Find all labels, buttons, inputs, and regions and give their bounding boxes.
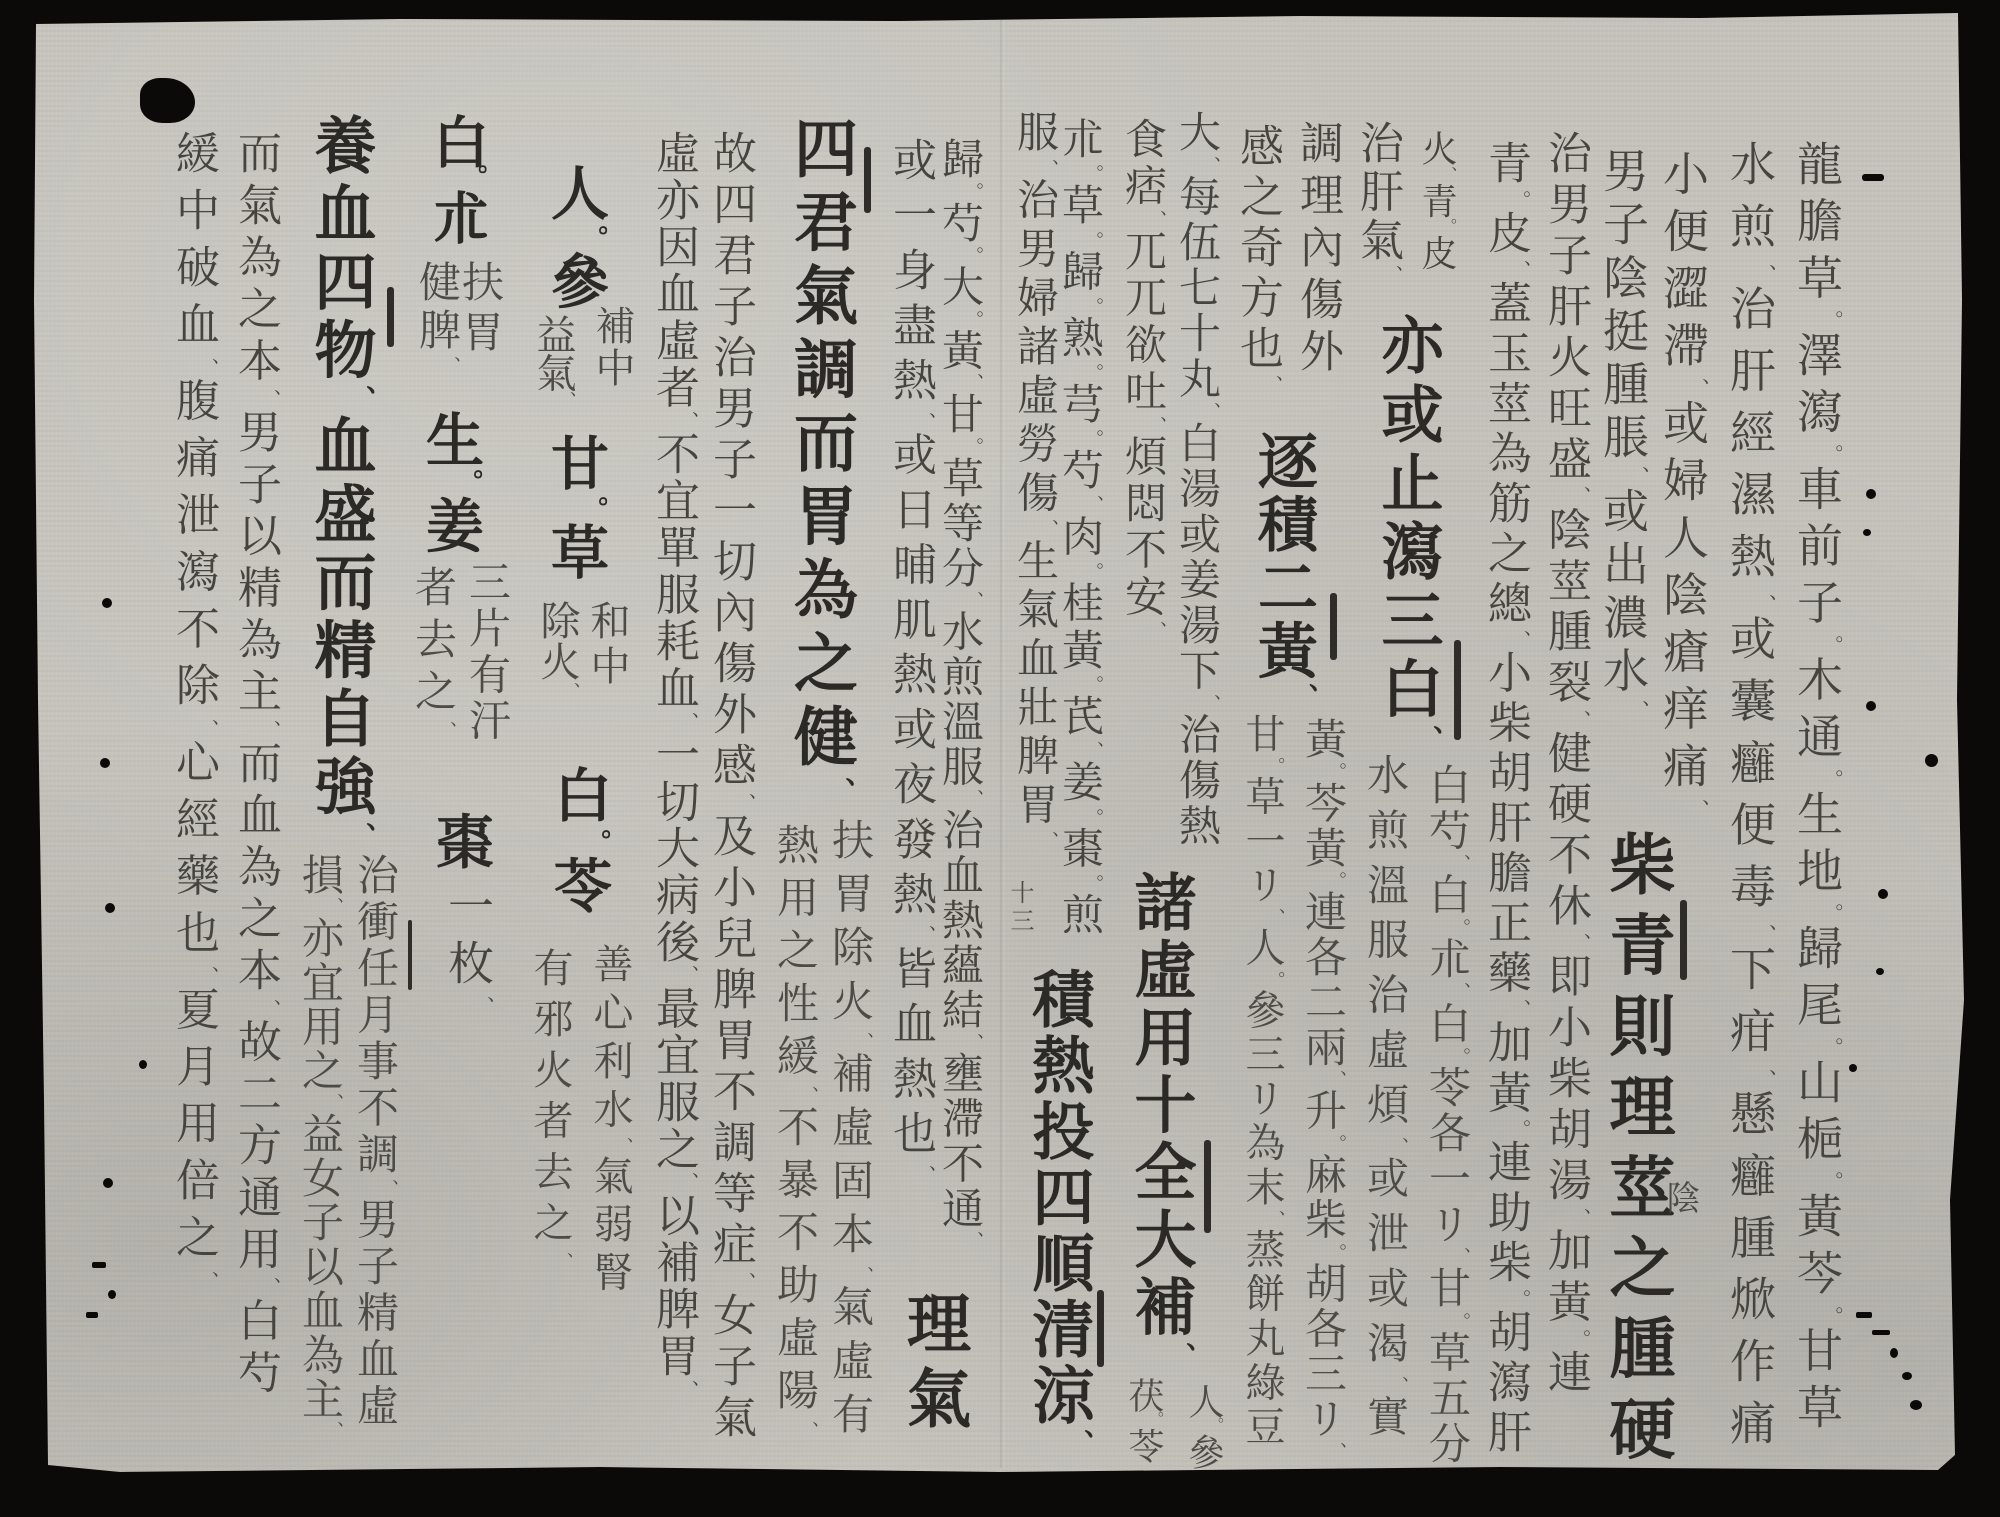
annotation-column: 甘。草一リ、人。參三リ為末、蒸餅丸綠豆 <box>1242 713 1282 1450</box>
punctuation-mark: 、 <box>733 793 756 813</box>
punctuation-mark: 、 <box>344 822 377 850</box>
punctuation-mark: 、 <box>1287 683 1318 710</box>
punch-hole <box>105 903 115 913</box>
formula-heading-column: 養血四物、血盛而精自強、 <box>309 113 371 850</box>
punctuation-mark: 。 <box>1082 874 1104 893</box>
punctuation-mark: 。 <box>1265 757 1286 775</box>
punctuation-mark: 、 <box>553 1252 574 1270</box>
annotation-column: 益氣、 <box>533 314 573 409</box>
punctuation-mark: 、 <box>1387 1137 1409 1156</box>
punch-hole <box>1849 1064 1857 1072</box>
punctuation-mark: 。 <box>1205 1417 1224 1433</box>
punctuation-mark: 、 <box>1164 1342 1197 1370</box>
punch-hole <box>1925 754 1938 767</box>
punctuation-mark: 、 <box>258 389 281 409</box>
punctuation-mark: 、 <box>1325 1442 1347 1461</box>
punctuation-mark: 、 <box>676 411 699 431</box>
emphasis-bar <box>408 920 412 990</box>
text-column: 火、青。皮 <box>1418 130 1454 270</box>
text-column: 調理內傷外 <box>1295 120 1339 380</box>
emphasis-bar <box>1454 640 1461 740</box>
punctuation-mark: 、 <box>1449 1247 1471 1266</box>
punch-hole <box>1876 968 1884 975</box>
text-column: 食痞、兀兀欲吐、煩悶不安、 <box>1122 117 1164 640</box>
annotation-column: 黃。芩黃。連各二兩、升。麻柴。胡各三リ、 <box>1302 717 1344 1460</box>
text-column: 或一身盡熱、或日晡肌熱或夜發熱、皆血熱也、 <box>888 137 932 1185</box>
punctuation-mark: 、 <box>676 712 699 732</box>
punctuation-mark: 、 <box>676 965 699 985</box>
punch-hole <box>100 758 110 768</box>
punctuation-mark: 。 <box>1819 635 1843 656</box>
annotation-column: 者去之、 <box>412 565 454 740</box>
punctuation-mark: 、 <box>1568 486 1591 506</box>
punctuation-mark: 、 <box>1685 378 1709 399</box>
punctuation-mark: 、 <box>962 789 984 808</box>
text-column: 大、每伍七十丸、白湯或姜湯下、治傷熱 <box>1176 110 1218 849</box>
punctuation-mark: 、 <box>733 1272 756 1292</box>
center-fold-line <box>1000 20 1002 1468</box>
punctuation-mark: 、 <box>913 925 936 945</box>
punctuation-mark: 、 <box>852 1266 874 1285</box>
text-column: 服、治男婦諸虛勞傷、生氣血壯脾胃、 <box>1014 110 1056 850</box>
formula-heading-column: 理氣 <box>901 1290 965 1440</box>
punctuation-mark: 、 <box>1145 416 1167 435</box>
punctuation-mark: 、 <box>439 356 461 375</box>
text-column: 虛亦因血虛者、不宜單服耗血、一切大病後、最宜服之、以補脾胃、 <box>651 130 695 1399</box>
punctuation-mark: 。 <box>1325 871 1347 890</box>
punctuation-mark: 。 <box>1325 1243 1347 1262</box>
punctuation-mark: 、 <box>676 1380 699 1400</box>
punctuation-mark: 。 <box>1819 1306 1843 1327</box>
punctuation-mark: 、 <box>1568 1208 1591 1228</box>
annotation-column: 善心利水、氣弱腎 <box>590 943 630 1300</box>
punctuation-mark: 、 <box>1082 495 1104 514</box>
punctuation-mark: 、 <box>322 897 344 916</box>
text-column: 而氣為之本、男子以精為主、而血為之本、故二方通用、白芍 <box>233 130 277 1401</box>
punctuation-mark: 、 <box>196 966 219 986</box>
punctuation-mark: 、 <box>470 996 494 1017</box>
annotation-column: 除火、 <box>537 600 577 700</box>
dosage-column: 一枚、 <box>445 882 491 1017</box>
annotation-column: 有邪火者去之、 <box>530 947 570 1270</box>
punctuation-mark: 、 <box>962 1231 984 1250</box>
formula-heading-column: 柴青則理莖之腫硬 <box>1604 830 1670 1475</box>
punctuation-mark: 、 <box>913 1165 936 1185</box>
formula-heading-column: 諸虛用十全大補、 <box>1129 870 1191 1370</box>
punctuation-mark: 、 <box>196 719 219 739</box>
punctuation-mark: 、 <box>613 1137 634 1155</box>
punch-hole <box>1862 174 1884 181</box>
punctuation-mark: 、 <box>1568 933 1591 953</box>
punctuation-mark: 。 <box>1819 769 1843 790</box>
punctuation-mark: 、 <box>1199 402 1221 421</box>
annotation-column: 水煎溫服治虛煩、或泄或渴、實 <box>1364 753 1406 1450</box>
punctuation-mark: 。 <box>1082 297 1104 316</box>
emphasis-bar <box>864 147 871 213</box>
punctuation-mark: 、 <box>962 373 984 392</box>
punctuation-mark: 、 <box>1625 466 1649 487</box>
punctuation-mark: 、 <box>196 358 219 378</box>
formula-heading-column: 積熱投四順清涼、 <box>1027 967 1089 1457</box>
annotation-column: 治衝任月事不調、男子精血虛 <box>354 853 396 1430</box>
punctuation-mark: 、 <box>1325 1070 1347 1089</box>
punctuation-mark: 。 <box>1819 903 1843 924</box>
edge-tear-mark <box>1872 1330 1890 1335</box>
herb-name-column: 人。參 <box>546 163 604 313</box>
leaf-number: 十三 <box>1008 880 1032 936</box>
punctuation-mark: 。 <box>453 469 484 495</box>
punctuation-mark: 、 <box>322 1421 344 1440</box>
punctuation-mark: 、 <box>377 1179 399 1198</box>
punctuation-mark: 、 <box>1037 831 1059 850</box>
punctuation-mark: 。 <box>578 496 609 522</box>
annotation-column: 扶胃除火、補虛固本、氣虛有 <box>829 818 871 1446</box>
formula-heading-column: 逐積二黃、 <box>1253 430 1313 710</box>
punch-hole <box>1866 489 1876 499</box>
punch-hole <box>102 598 112 608</box>
punctuation-mark: 、 <box>1199 156 1221 175</box>
text-column: 龍膽草。澤瀉。車前子。木通。生地。歸尾。山梔。黃芩。甘草 <box>1794 140 1840 1440</box>
punctuation-mark: 。 <box>1449 918 1471 937</box>
punctuation-mark: 。 <box>1265 971 1286 989</box>
punctuation-mark: 。 <box>1082 429 1104 448</box>
annotation-column: 和中 <box>587 600 627 690</box>
herb-name-column: 棗 <box>431 812 489 870</box>
punctuation-mark: 、 <box>1752 924 1776 945</box>
punctuation-mark: 、 <box>852 1032 874 1051</box>
punctuation-mark: 、 <box>1625 700 1649 721</box>
punctuation-mark: 。 <box>1568 1329 1591 1349</box>
text-column: 朮。草。歸。熟。芎。芍、肉。桂黃。芪、姜。棗。煎 <box>1059 117 1101 940</box>
punctuation-mark: 、 <box>1265 1210 1286 1228</box>
punctuation-mark: 、 <box>556 391 577 409</box>
punctuation-mark: 、 <box>1199 694 1221 713</box>
punch-hole <box>103 1178 113 1188</box>
emphasis-bar <box>1204 1140 1211 1233</box>
punctuation-mark: 、 <box>1145 621 1167 640</box>
punctuation-mark: 。 <box>1508 190 1531 210</box>
punctuation-mark: 、 <box>1752 594 1776 615</box>
text-column: 小便澀滯、或婦人陰瘡痒痛、 <box>1660 150 1706 820</box>
punctuation-mark: 、 <box>344 385 377 413</box>
punctuation-mark: 。 <box>1819 1037 1843 1058</box>
edge-tear-mark <box>92 1262 106 1268</box>
punctuation-mark: 、 <box>258 999 281 1019</box>
punctuation-mark: 。 <box>1082 363 1104 382</box>
punctuation-mark: 、 <box>1449 854 1471 873</box>
punctuation-mark: 。 <box>962 437 984 456</box>
punctuation-mark: 、 <box>1037 159 1059 178</box>
punctuation-mark: 、 <box>1260 375 1283 395</box>
punctuation-mark: 。 <box>578 225 609 251</box>
emphasis-bar <box>1680 900 1687 980</box>
punctuation-mark: 、 <box>962 591 984 610</box>
punctuation-mark: 、 <box>913 412 936 432</box>
text-column: 治男子肝火旺盛、陰莖腫裂、健硬不休、即小柴胡湯、加黃。連 <box>1543 130 1587 1400</box>
punctuation-mark: 、 <box>962 1033 984 1052</box>
punctuation-mark: 。 <box>1082 675 1104 694</box>
punctuation-mark: 、 <box>1449 982 1471 1001</box>
annotation-column: 補中 <box>592 305 632 389</box>
punctuation-mark: 、 <box>676 1172 699 1192</box>
punctuation-mark: 、 <box>1145 210 1167 229</box>
annotation-column: 扶胃 <box>459 260 501 360</box>
text-column: 治肝氣、 <box>1355 120 1399 285</box>
edge-tear-mark <box>1910 1400 1922 1410</box>
inserted-correction: 陰 <box>1663 1180 1697 1214</box>
punctuation-mark: 。 <box>1145 1411 1164 1427</box>
text-column: 歸。芍。大。黃、甘。草等分、水煎溫服、治血熱蘊結、壅滯不通、 <box>939 137 981 1250</box>
text-column: 男子陰挺腫脹、或出濃水、 <box>1600 147 1646 720</box>
punctuation-mark: 、 <box>1082 741 1104 760</box>
punctuation-mark: 、 <box>1438 166 1457 182</box>
punctuation-mark: 、 <box>1508 260 1531 280</box>
punctuation-mark: 。 <box>1449 1312 1471 1331</box>
punctuation-mark: 、 <box>1380 265 1403 285</box>
annotation-column: 三片有汗 <box>466 560 508 745</box>
punctuation-mark: 、 <box>1685 799 1709 820</box>
punctuation-mark: 。 <box>962 246 984 265</box>
punctuation-mark: 。 <box>1082 164 1104 183</box>
punctuation-mark: 。 <box>962 310 984 329</box>
edge-tear-mark <box>86 1312 98 1318</box>
text-column: 青。皮、蓋玉莖為筋之總、小柴胡肝膽正藥、加黃。連助柴。胡瀉肝 <box>1483 140 1527 1459</box>
punctuation-mark: 、 <box>1387 1376 1409 1395</box>
punctuation-mark: 。 <box>1819 310 1843 331</box>
punctuation-mark: 。 <box>962 182 984 201</box>
punch-hole <box>1878 889 1888 899</box>
punctuation-mark: 。 <box>581 829 612 855</box>
punctuation-mark: 。 <box>460 164 490 189</box>
punctuation-mark: 、 <box>258 720 281 740</box>
herb-name-column: 白。苓 <box>549 765 607 920</box>
scan-background: 龍膽草。澤瀉。車前子。木通。生地。歸尾。山梔。黃芩。甘草 水煎、治肝經濕熱、或囊… <box>0 0 2000 1517</box>
punctuation-mark: 、 <box>1265 908 1286 926</box>
punctuation-mark: 。 <box>1082 231 1104 250</box>
punch-hole <box>1863 529 1871 536</box>
punctuation-mark: 。 <box>1325 1134 1347 1153</box>
punctuation-mark: 。 <box>1449 1047 1471 1066</box>
annotation-column: 白芍、白。朮、白。苓各一リ、甘。草五分 <box>1426 763 1468 1467</box>
punctuation-mark: 、 <box>1037 519 1059 538</box>
punctuation-mark: 、 <box>1568 710 1591 730</box>
punctuation-mark: 、 <box>797 1421 819 1440</box>
herb-name-column: 生。姜 <box>421 410 479 555</box>
punctuation-mark: 。 <box>1819 1171 1843 1192</box>
punctuation-mark: 。 <box>1508 1289 1531 1309</box>
text-column: 故四君子治男子一切內傷外感、及小兒脾胃不調等症、女子氣 <box>708 130 752 1445</box>
punctuation-mark: 、 <box>797 1086 819 1105</box>
annotation-column: 健脾、 <box>416 260 458 375</box>
punctuation-mark: 。 <box>1082 808 1104 827</box>
punctuation-mark: 、 <box>322 1093 344 1112</box>
annotation-column: 茯。苓 <box>1125 1377 1161 1461</box>
annotation-column: 損、亦宜用之、益女子以血為主、 <box>299 853 341 1440</box>
torn-hole <box>140 78 195 123</box>
punctuation-mark: 。 <box>1438 218 1457 234</box>
punctuation-mark: 、 <box>1508 630 1531 650</box>
punctuation-mark: 、 <box>1752 1069 1776 1090</box>
text-column: 水煎、治肝經濕熱、或囊癰便毒、下疳、懸癰腫焮作痛 <box>1727 140 1773 1461</box>
punctuation-mark: 、 <box>258 1277 281 1297</box>
punctuation-mark: 。 <box>1819 444 1843 465</box>
punctuation-mark: 、 <box>435 721 457 740</box>
text-column: 感之奇方也、 <box>1235 123 1279 395</box>
emphasis-bar <box>1097 1290 1104 1367</box>
punctuation-mark: 、 <box>1411 725 1444 753</box>
punctuation-mark: 、 <box>1508 999 1531 1019</box>
punctuation-mark: 、 <box>823 777 857 806</box>
emphasis-bar <box>1330 593 1337 660</box>
punctuation-mark: 、 <box>1752 264 1776 285</box>
formula-heading-column: 四君氣調而胃為之健、 <box>788 115 852 805</box>
formula-heading-column: 亦或止瀉三白、 <box>1376 313 1438 753</box>
punctuation-mark: 、 <box>196 1271 219 1291</box>
punctuation-mark: 、 <box>560 682 581 700</box>
punctuation-mark: 、 <box>1062 1429 1095 1457</box>
herb-name-column: 甘。草 <box>546 433 604 585</box>
punctuation-mark: 。 <box>1325 762 1347 781</box>
annotation-column: 人。參 <box>1185 1383 1221 1467</box>
punctuation-mark: 。 <box>1508 1119 1531 1139</box>
punch-hole <box>1866 701 1876 711</box>
emphasis-bar <box>387 287 394 347</box>
annotation-column: 熱用之性緩、不暴不助虛陽、 <box>774 823 816 1440</box>
edge-tear-mark <box>1856 1312 1872 1318</box>
punch-hole <box>139 1060 147 1069</box>
text-column: 緩中破血、腹痛泄瀉不除、心經藥也、夏月用倍之、 <box>171 130 215 1290</box>
herb-name-column: 白。朮 <box>429 113 485 240</box>
punctuation-mark: 。 <box>1082 562 1104 581</box>
edge-tear-mark <box>108 1290 116 1299</box>
edge-tear-mark <box>1890 1348 1898 1358</box>
edge-tear-mark <box>1902 1372 1912 1380</box>
